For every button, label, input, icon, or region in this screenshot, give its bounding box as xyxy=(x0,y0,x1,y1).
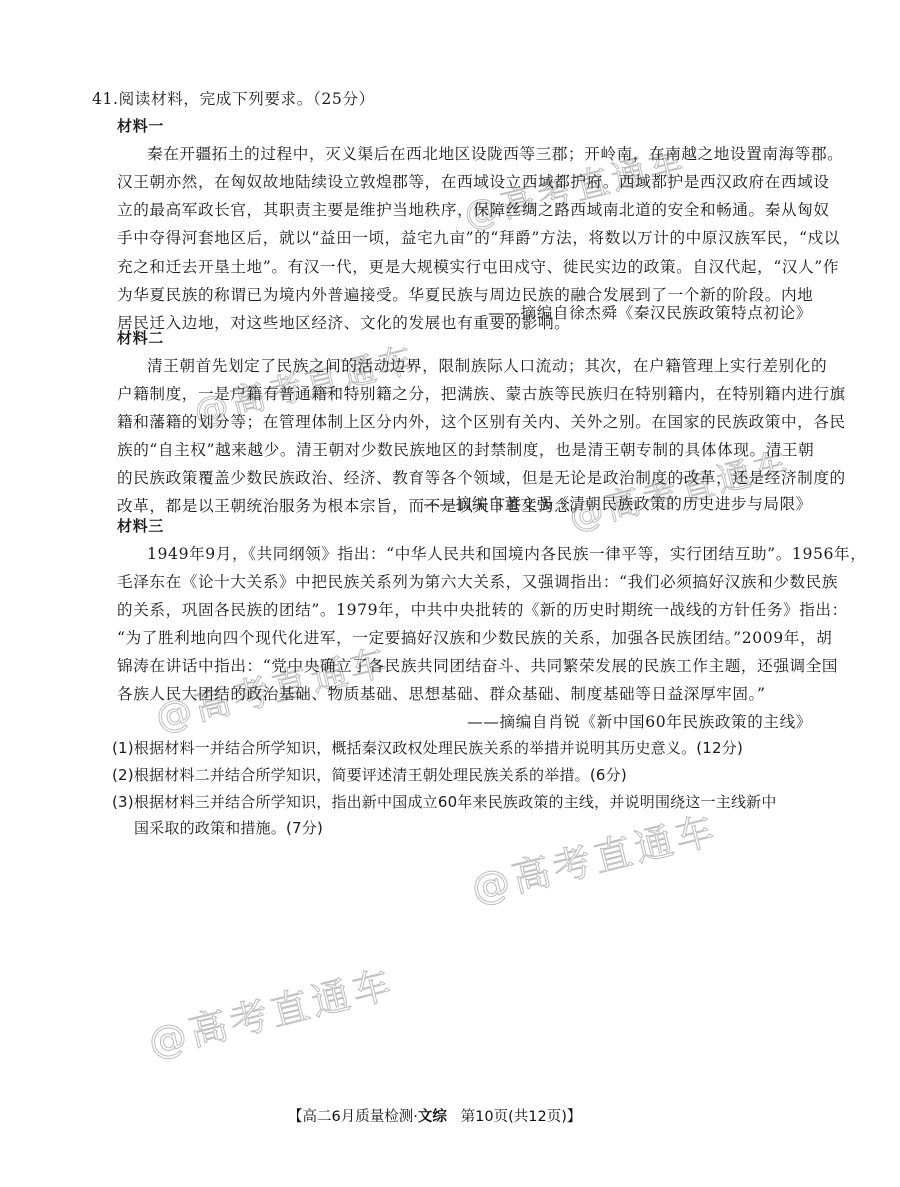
subquestion-3-cont: 国采取的政策和措施。(7分) xyxy=(134,818,323,838)
subquestion-3: (3)根据材料三并结合所学知识，指出新中国成立60年来民族政策的主线，并说明围绕… xyxy=(112,792,777,812)
material1-source: ——摘编自徐杰舜《秦汉民族政策特点初论》 xyxy=(488,303,812,323)
material3-line: 锦涛在讲话中指出：“党中央确立了各民族共同团结奋斗、共同繁荣发展的民族工作主题，… xyxy=(117,656,838,676)
subquestion-1: (1)根据材料一并结合所学知识，概括秦汉政权处理民族关系的举措并说明其历史意义。… xyxy=(112,738,743,758)
watermark: @高考直通车 xyxy=(142,953,400,1067)
page-footer: 【高二6月质量检测·文综 第10页(共12页)】 xyxy=(288,1105,581,1126)
footer-page-number: 第10页(共12页)】 xyxy=(461,1109,582,1125)
watermark: @高考直通车 xyxy=(465,799,723,913)
material1-line: 立的最高军政长官，其职责主要是维护当地秩序，保障丝绸之路西域南北道的安全和畅通。… xyxy=(117,200,830,220)
material1-title: 材料一 xyxy=(117,116,164,136)
material2-title: 材料二 xyxy=(117,328,164,348)
material3-source: ——摘编自肖锐《新中国60年民族政策的主线》 xyxy=(467,712,812,732)
material1-line: 充之和迁去开垦土地”。有汉一代，更是大规模实行屯田戍守、徙民实边的政策。自汉代起… xyxy=(117,257,839,277)
material3-line: 的关系，巩固各民族的团结”。1979年，中共中央批转的《新的历史时期统一战线的方… xyxy=(117,600,848,620)
material3-line: “为了胜利地向四个现代化进军，一定要搞好汉族和少数民族的关系，加强各民族团结。”… xyxy=(117,628,832,648)
question-title: 阅读材料，完成下列要求。（25分） xyxy=(119,90,375,108)
material3-line: 毛泽东在《论十大关系》中把民族关系列为第六大关系，又强调指出：“我们必须搞好汉族… xyxy=(117,572,838,592)
material1-line: 汉王朝亦然，在匈奴故地陆续设立敦煌郡等，在西域设立西域都护府。西域都护是西汉政府… xyxy=(117,172,830,192)
material2-line: 族的“自主权”越来越少。清王朝对少数民族地区的封禁制度，也是清王朝专制的具体体现… xyxy=(117,440,814,460)
material1-line: 手中夺得河套地区后，就以“益田一顷，益宅九亩”的“拜爵”方法，将数以万计的中原汉… xyxy=(117,228,840,248)
material3-title: 材料三 xyxy=(117,516,164,536)
material2-source: ——摘编自董文强《清朝民族政策的历史进步与局限》 xyxy=(423,494,812,514)
material1-line: 为华夏民族的称谓已为境内外普遍接受。华夏民族与周边民族的融合发展到了一个新的阶段… xyxy=(117,285,813,305)
question-header: 41.阅读材料，完成下列要求。（25分） xyxy=(92,89,375,109)
question-number: 41. xyxy=(92,90,119,108)
material3-line: 1949年9月，《共同纲领》指出：“中华人民共和国境内各民族一律平等，实行团结互… xyxy=(147,544,866,564)
material2-line: 籍和藩籍的划分等；在管理体制上区分内外，这个区别有关内、关外之别。在国家的民族政… xyxy=(117,412,846,432)
footer-subject: 文综 xyxy=(418,1109,447,1125)
footer-exam-name: 【高二6月质量检测· xyxy=(288,1109,418,1125)
material1-line: 秦在开疆拓土的过程中，灭义渠后在西北地区设陇西等三郡；开岭南，在南越之地设置南海… xyxy=(147,144,843,164)
material2-line: 的民族政策覆盖少数民族政治、经济、教育等各个领域，但是无论是政治制度的改革，还是… xyxy=(117,468,846,488)
subquestion-2: (2)根据材料二并结合所学知识，简要评述清王朝处理民族关系的举措。(6分) xyxy=(112,765,627,785)
exam-page: @高考直通车 @高考直通车 @高考直通车 @高考直通车 @高考直通车 @高考直通… xyxy=(0,0,900,1187)
material2-line: 清王朝首先划定了民族之间的活动边界，限制族际人口流动；其次，在户籍管理上实行差别… xyxy=(147,356,827,376)
material2-line: 户籍制度，一是户籍有普通籍和特别籍之分，把满族、蒙古族等民族归在特别籍内，在特别… xyxy=(117,384,846,404)
material3-line: 各族人民大团结的政治基础、物质基础、思想基础、群众基础、制度基础等日益深厚牢固。… xyxy=(117,684,766,704)
